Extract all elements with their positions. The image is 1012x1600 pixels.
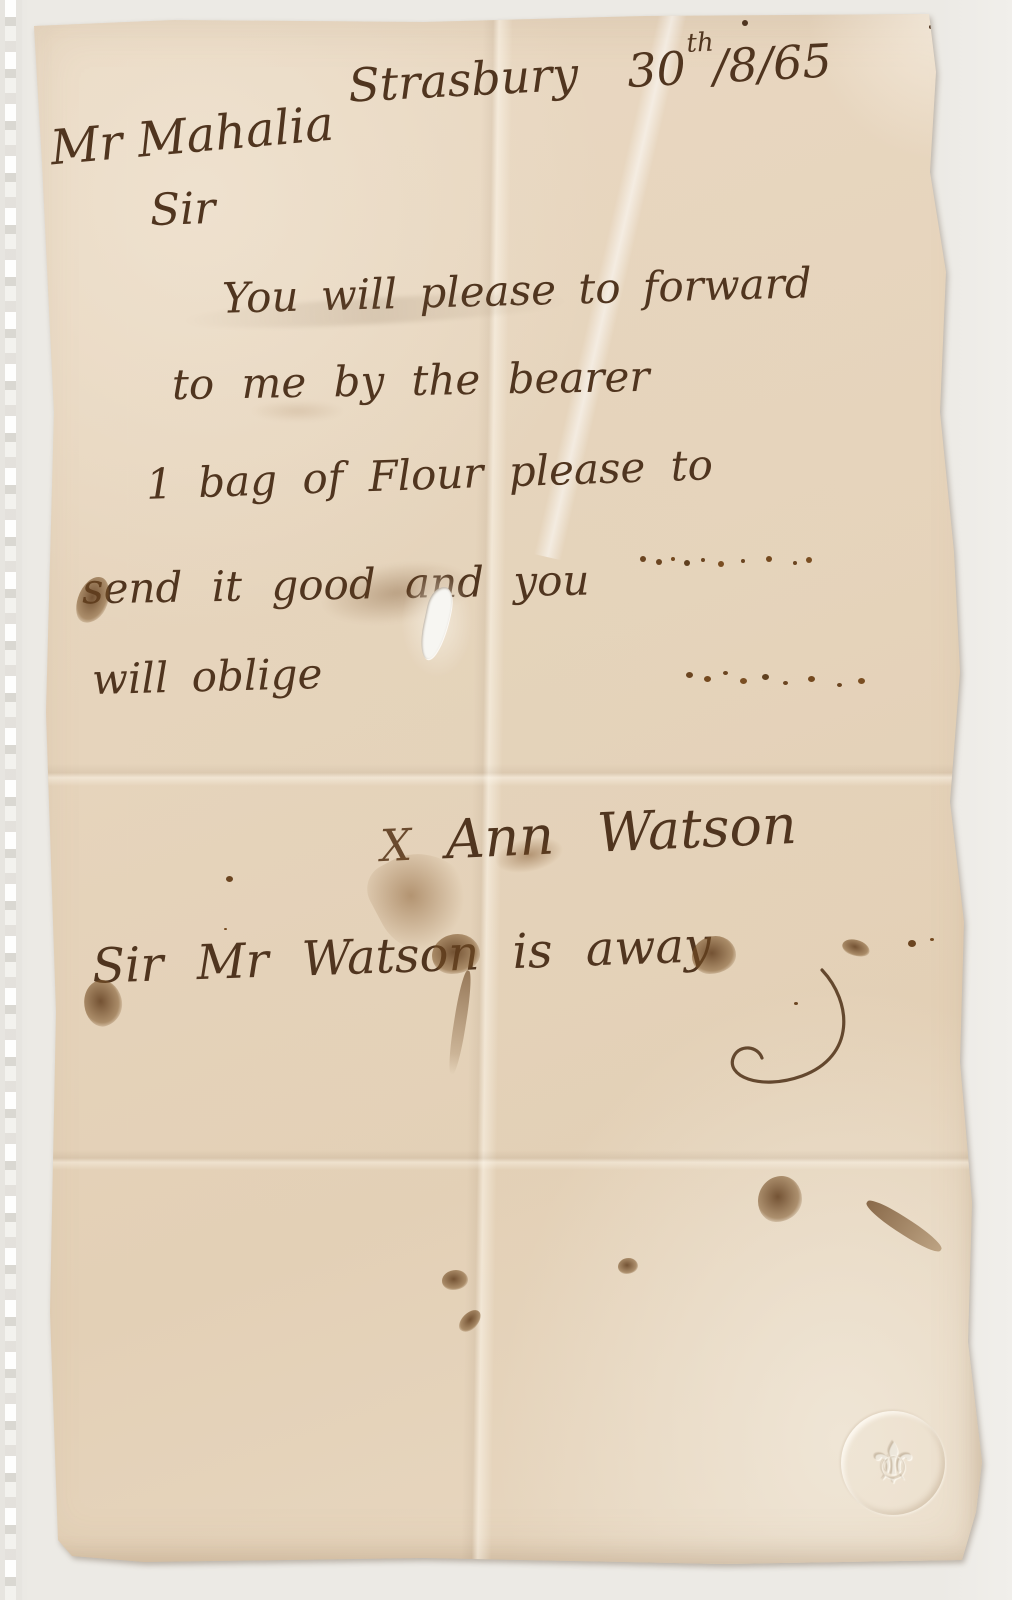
dateline-place: Strasbury <box>347 47 580 113</box>
fold-crease-vertical <box>461 12 513 1564</box>
body-line-4: send it good and you <box>82 556 590 614</box>
ink-dot-top <box>742 20 748 26</box>
ink-streak-lower <box>863 1195 946 1256</box>
ink-dot-small <box>226 876 233 882</box>
sleeve-perforation-marks <box>5 0 16 1600</box>
body-line-5: will oblige <box>91 649 323 704</box>
dateline-day: 30 <box>626 41 687 98</box>
scan-background: Strasbury 30th/8/65 Mr Mahalia Sir You w… <box>0 0 1012 1600</box>
dateline-rest: /8/65 <box>711 33 832 93</box>
body-line-3: 1 bag of Flour please to <box>145 440 713 509</box>
embossed-seal: ⚜ <box>841 1411 945 1515</box>
ink-blot-postscript-2 <box>840 936 872 961</box>
body-line-2: to me by the bearer <box>172 352 650 409</box>
recipient-line: Mr Mahalia <box>48 96 336 177</box>
letter-paper: Strasbury 30th/8/65 Mr Mahalia Sir You w… <box>24 12 986 1564</box>
ink-stain-dots-lower <box>686 672 693 678</box>
fold-crease-horizontal-lower <box>24 1150 986 1170</box>
dateline-ordinal: th <box>686 27 715 58</box>
salutation-line: Sir <box>149 183 216 236</box>
ink-blot-lower-2 <box>618 1258 638 1274</box>
ink-blot-lower-1 <box>758 1176 802 1222</box>
body-line-1: You will please to forward <box>221 258 812 322</box>
ink-stain-dots-upper <box>640 556 646 562</box>
letter-paper-wrap: Strasbury 30th/8/65 Mr Mahalia Sir You w… <box>24 12 986 1564</box>
signature-line: XAnn Watson <box>379 793 798 874</box>
signature-x-mark: X <box>379 820 413 872</box>
fold-crease-horizontal-upper <box>24 764 986 786</box>
sleeve-edge <box>0 0 22 1600</box>
fleur-de-lis-icon: ⚜ <box>867 1429 919 1497</box>
pen-flourish <box>584 964 884 1124</box>
ink-dots-postscript <box>908 940 916 947</box>
dateline: Strasbury 30th/8/65 <box>347 33 833 112</box>
